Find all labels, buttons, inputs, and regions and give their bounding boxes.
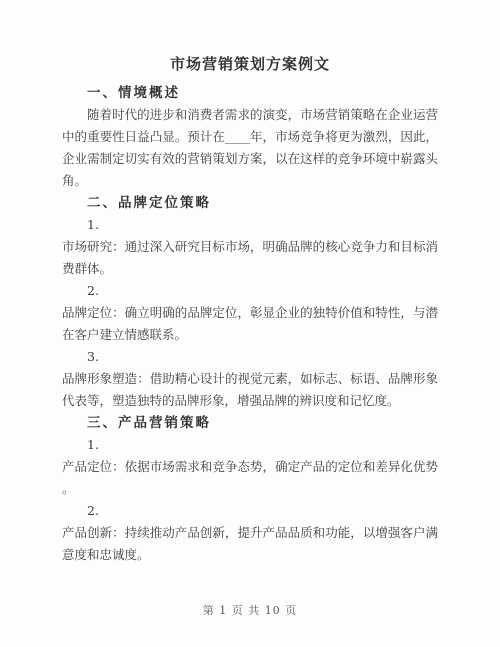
section-heading-brand-positioning: 二、品牌定位策略: [62, 192, 438, 214]
section-heading-product-marketing: 三、产品营销策略: [62, 412, 438, 434]
paragraph: 产品定位：依据市场需求和竞争态势，确定产品的定位和差异化优势。: [62, 456, 438, 500]
paragraph: 产品创新：持续推动产品创新，提升产品品质和功能，以增强客户满意度和忠诚度。: [62, 522, 438, 566]
document-page: 市场营销策划方案例文 一、情境概述 随着时代的进步和消费者需求的演变，市场营销策…: [0, 0, 500, 647]
list-number: 2.: [62, 500, 438, 522]
section-heading-overview: 一、情境概述: [62, 82, 438, 104]
paragraph: 市场研究：通过深入研究目标市场，明确品牌的核心竞争力和目标消费群体。: [62, 236, 438, 280]
list-number: 3.: [62, 346, 438, 368]
page-number-footer: 第 1 页 共 10 页: [0, 600, 500, 622]
list-number: 1.: [62, 214, 438, 236]
paragraph: 随着时代的进步和消费者需求的演变，市场营销策略在企业运营中的重要性日益凸显。预计…: [62, 104, 438, 192]
list-number: 1.: [62, 434, 438, 456]
list-number: 2.: [62, 280, 438, 302]
paragraph: 品牌定位：确立明确的品牌定位，彰显企业的独特价值和特性，与潜在客户建立情感联系。: [62, 302, 438, 346]
doc-title: 市场营销策划方案例文: [62, 52, 438, 76]
paragraph: 品牌形象塑造：借助精心设计的视觉元素，如标志、标语、品牌形象代表等，塑造独特的品…: [62, 368, 438, 412]
